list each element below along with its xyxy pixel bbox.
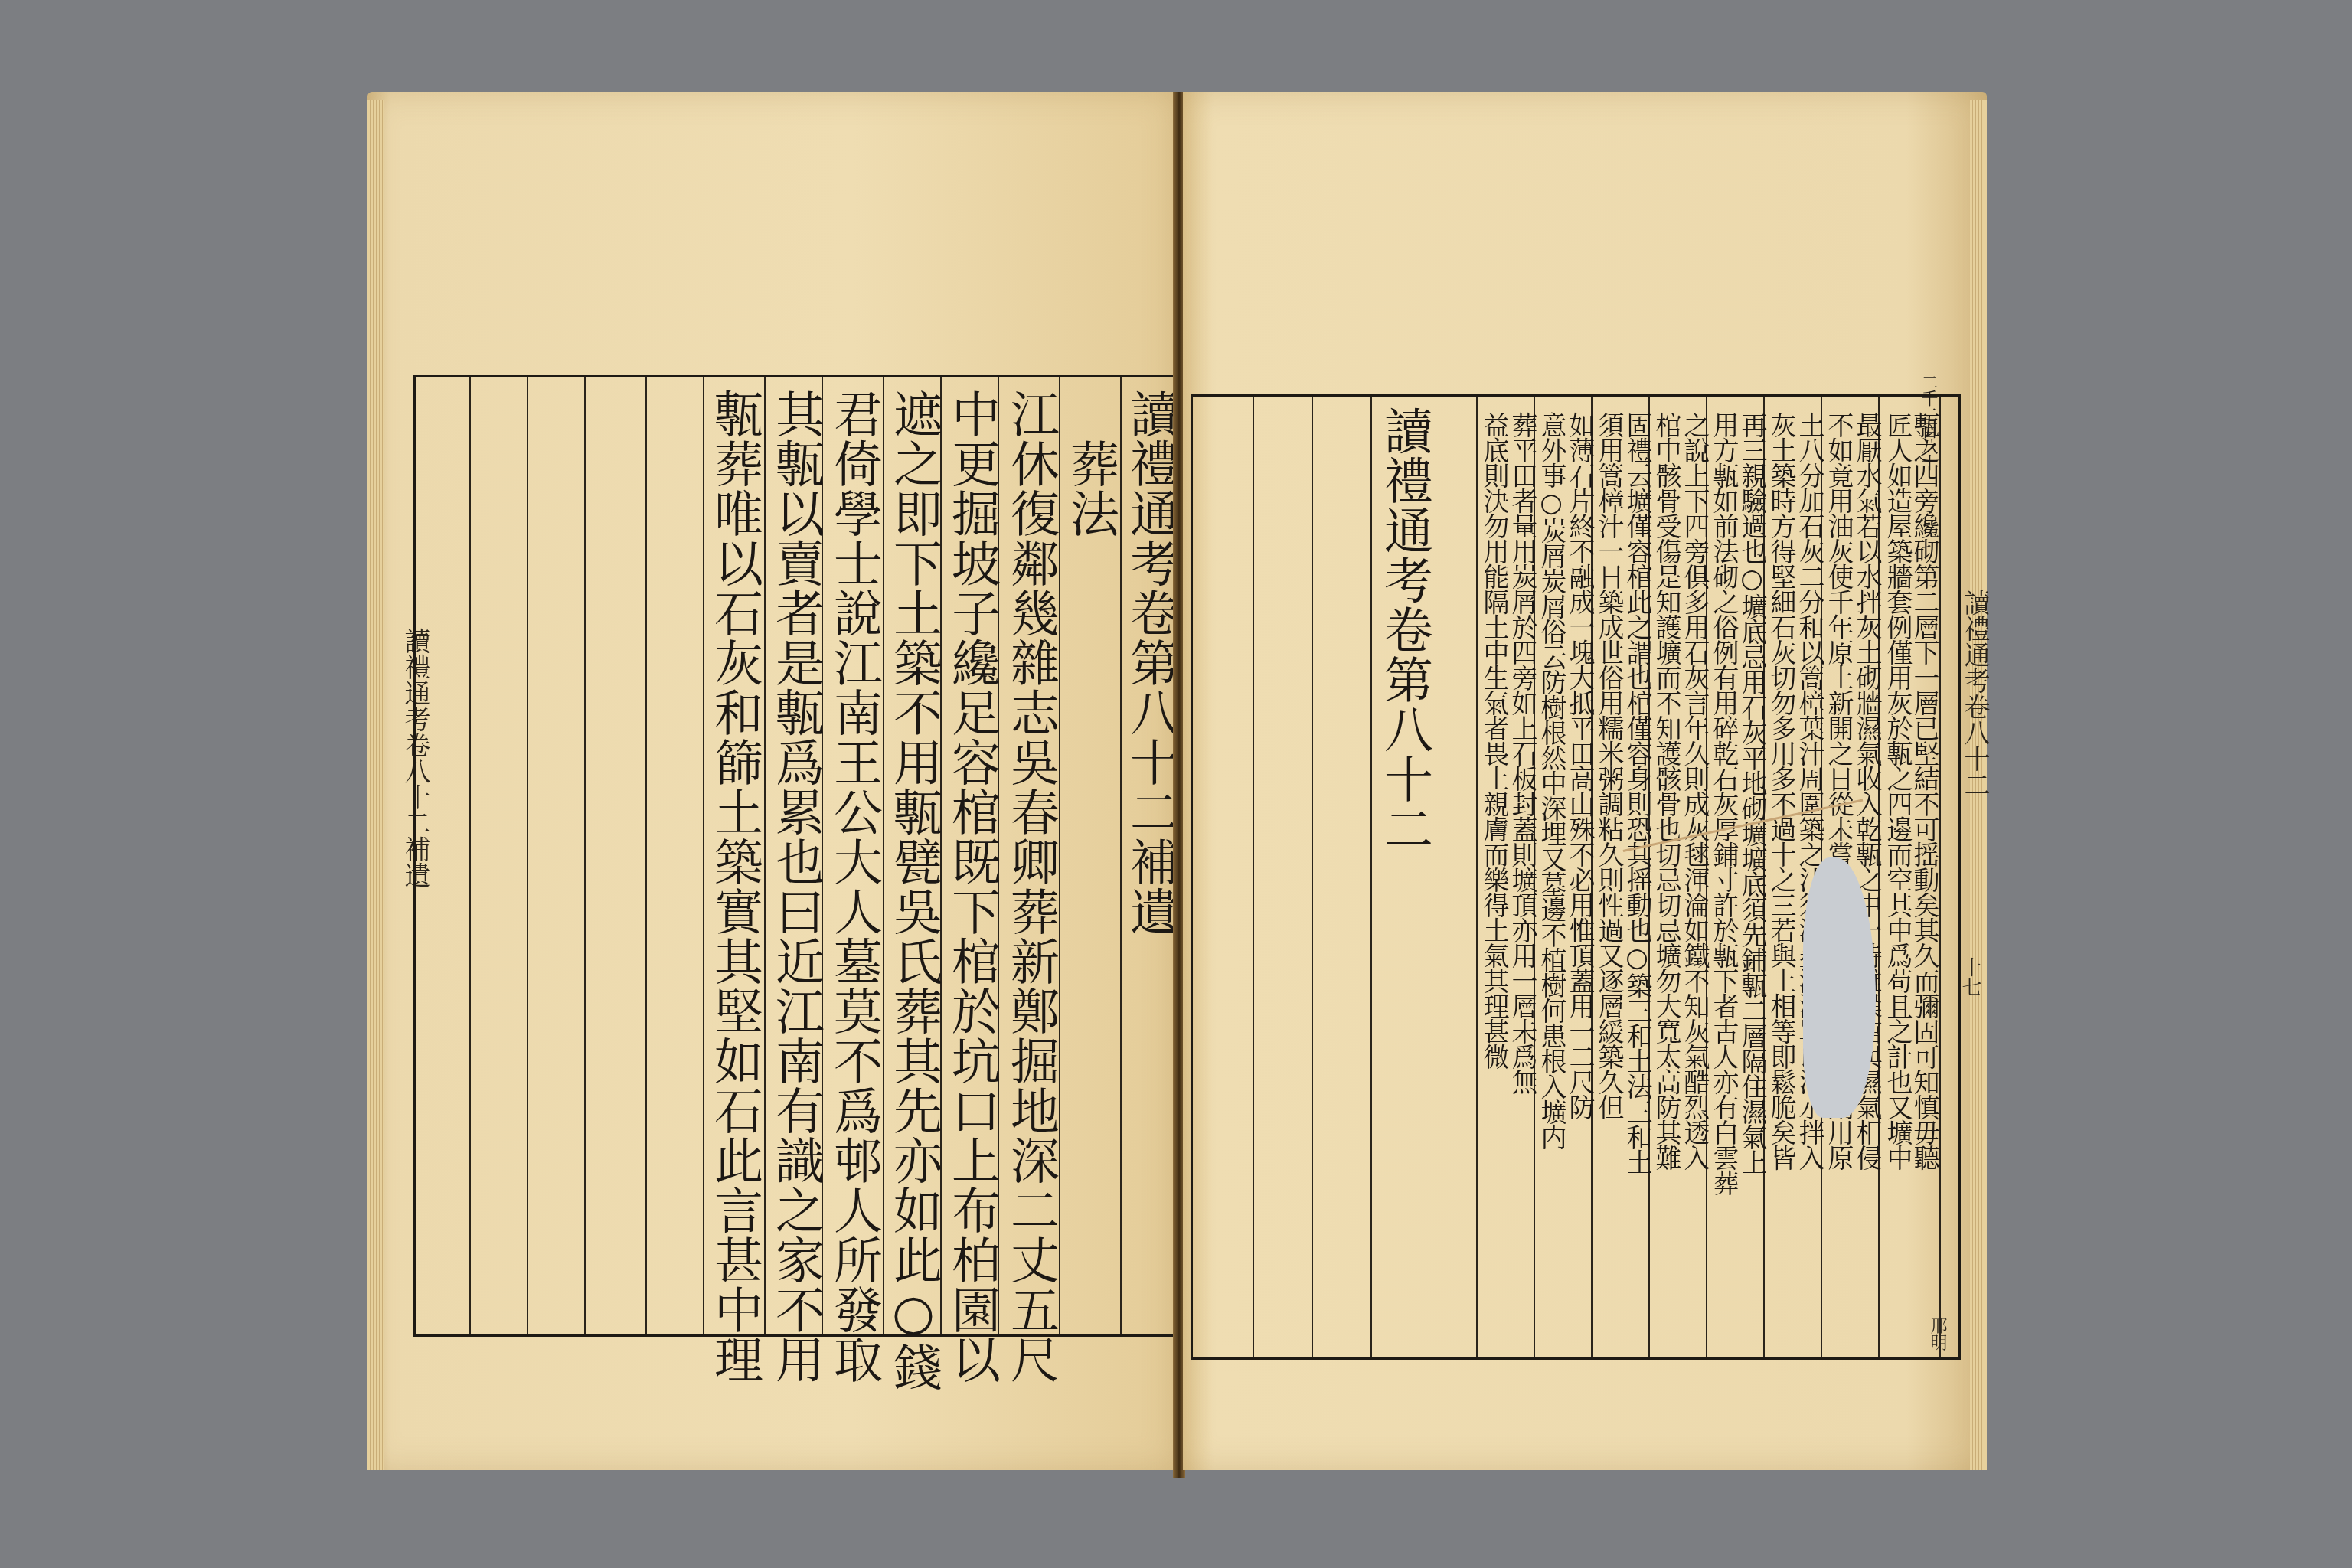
text-column: 再三親驗過也○壙底忌用石灰平地砌壙壙底須先鋪甎二層隔住濕氣上 [1736,412,1767,1174]
right-fold-label: 讀禮通考卷八十二 [1956,590,1994,798]
right-fold-bottom: 邢明 [1926,1317,1949,1351]
text-column: 葬平田者量用炭屑於四旁如上石板封蓋則壙頂亦用一層未爲無 [1507,412,1537,1094]
text-column: 意外事○炭屑炭屑俗云防樹根然中深埋又墓邊不植樹何患根入壙内 [1536,412,1566,1149]
text-column: 中更掘坡子纔足容棺既下棺於坑口上布柏園以 [944,389,999,1384]
text-column: 甎之四旁纔砌第二層下一層已堅結不可摇動矣其久而彌固可知慎毋聽 [1909,412,1939,1170]
text-column: 用方甎如前法砌之俗例有用碎乾石灰厚鋪寸許於甎下者古人亦有白雲葬 [1708,412,1739,1195]
text-column: 君倚學士說江南王公大人墓莫不爲邨人所發取 [826,389,881,1384]
left-text-frame: 讀禮通考卷第八十二補遺 葬法 江休復鄰幾雜志吳春卿葬新鄭掘地深二丈五尺 中更掘坡… [413,375,1210,1337]
text-column: 其甎以賣者是甎爲累也曰近江南有識之家不用 [768,389,823,1384]
right-heading: 讀禮通考卷第八十二 [1377,406,1432,854]
text-column: 之說上下四旁俱多用石灰言年久則成灰毬渾淪如鐵不知灰氣酷烈透入 [1679,412,1710,1170]
text-column: 遮之即下土築不用甎甓吳氏葬其先亦如此○錢 [886,389,941,1392]
text-column: 棺中骸骨受傷是知護壙而不知護骸骨也切忌切忌壙勿大寬太高防其難 [1651,412,1681,1170]
text-column: 江休復鄰幾雜志吳春卿葬新鄭掘地深二丈五尺 [1003,389,1058,1384]
text-column: 固禮云壙僅容棺此之謂也棺僅容身則恐其摇動也○築三和土法三和土 [1622,412,1652,1174]
text-column: 如薄石片終不融成一塊大抵平田高山殊不必用惟頂蓋用一二尺防 [1564,412,1595,1119]
text-column: 甎葬唯以石灰和篩土築實其堅如石此言甚中理 [707,389,762,1384]
text-column: 益底則決勿用能隔土中生氣者畏土親膚而樂得土氣其理甚微 [1478,412,1509,1069]
right-fold-page: 十七 [1956,957,1984,997]
open-book: 讀禮通考卷八十二補遺 讀禮通考卷第八十二補遺 葬法 江休復鄰幾雜志吳春卿葬新鄭掘… [360,92,2006,1478]
left-page-edge [367,100,384,1470]
section-title: 葬法 [1063,439,1118,538]
text-column: 灰土築時方得堅細石灰切勿多用多不過十之三若與土相等即鬆脆矣皆 [1766,412,1796,1170]
text-column: 匠人如造屋築牆套例僅用灰於甎之四邊而空其中爲苟且之計也又壙中 [1882,412,1913,1170]
right-page: 讀禮通考卷第八十二 二千二百八十 甎之四旁纔砌第二層下一層已堅結不可摇動矣其久而… [1183,92,1987,1470]
left-heading: 讀禮通考卷第八十二補遺 [1122,389,1178,936]
left-page: 讀禮通考卷八十二補遺 讀禮通考卷第八十二補遺 葬法 江休復鄰幾雜志吳春卿葬新鄭掘… [367,92,1175,1470]
text-column: 須用篙樟汁一日築成世俗用糯米粥調粘久則性過又逐層緩築久但 [1593,412,1624,1119]
